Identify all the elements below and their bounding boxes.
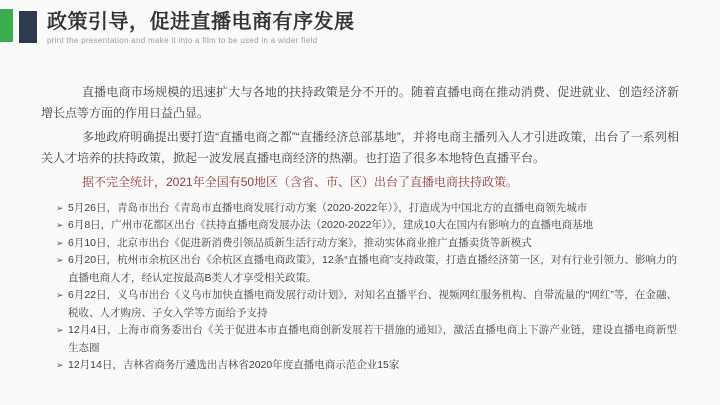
bullet-text: 12月14日，吉林省商务厅遴选出吉林省2020年度直播电商示范企业15家	[68, 359, 399, 371]
list-item: ➢ 6月22日，义乌市出台《义乌市加快直播电商发展行动计划》，对知名直播平台、视…	[57, 287, 677, 322]
arrow-bullet-icon: ➢	[56, 217, 64, 235]
arrow-bullet-icon: ➢	[56, 252, 64, 270]
policy-bullet-list: ➢ 5月26日，青岛市出台《青岛市直播电商发展行动方案（2020-2022年）》…	[57, 200, 677, 375]
arrow-bullet-icon: ➢	[56, 200, 64, 218]
bullet-text: 6月8日，广州市花都区出台《扶持直播电商发展办法（2020-2022年）》，建成…	[68, 219, 593, 231]
bullet-text: 6月20日，杭州市余杭区出台《余杭区直播电商政策》，12条“直播电商”支持政策，…	[68, 254, 677, 284]
bullet-text: 6月10日，北京市出台《促进新消费引领品质新生活行动方案》，推动实体商业推广直播…	[68, 237, 532, 249]
bullet-text: 6月22日，义乌市出台《义乌市加快直播电商发展行动计划》，对知名直播平台、视频网…	[68, 289, 677, 319]
paragraph-statistic-highlight: 据不完全统计，2021年全国有50地区（含省、市、区）出台了直播电商扶持政策。	[41, 172, 679, 193]
header-accent-navy-bar	[19, 11, 37, 43]
arrow-bullet-icon: ➢	[56, 287, 64, 305]
header-accent-green-bar	[0, 9, 13, 42]
slide-subtitle: print the presentation and make it into …	[47, 36, 355, 45]
arrow-bullet-icon: ➢	[56, 357, 64, 375]
paragraph-government-policy: 多地政府明确提出要打造“直播电商之都”“直播经济总部基地”，并将电商主播列入人才…	[41, 127, 679, 168]
bullet-text: 12月4日，上海市商务委出台《关于促进本市直播电商创新发展若干措施的通知》，激活…	[68, 324, 677, 354]
list-item: ➢ 5月26日，青岛市出台《青岛市直播电商发展行动方案（2020-2022年）》…	[57, 200, 677, 218]
list-item: ➢ 6月20日，杭州市余杭区出台《余杭区直播电商政策》，12条“直播电商”支持政…	[57, 252, 677, 287]
list-item: ➢ 6月8日，广州市花都区出台《扶持直播电商发展办法（2020-2022年）》，…	[57, 217, 677, 235]
list-item: ➢ 12月14日，吉林省商务厅遴选出吉林省2020年度直播电商示范企业15家	[57, 357, 677, 375]
bullet-text: 5月26日，青岛市出台《青岛市直播电商发展行动方案（2020-2022年）》，打…	[68, 202, 587, 214]
list-item: ➢ 6月10日，北京市出台《促进新消费引领品质新生活行动方案》，推动实体商业推广…	[57, 235, 677, 253]
arrow-bullet-icon: ➢	[56, 322, 64, 340]
slide-header: 政策引导，促进直播电商有序发展 print the presentation a…	[47, 11, 355, 45]
presentation-slide: 政策引导，促进直播电商有序发展 print the presentation a…	[0, 0, 720, 405]
slide-body: 直播电商市场规模的迅速扩大与各地的扶持政策是分不开的。随着直播电商在推动消费、促…	[41, 82, 679, 375]
slide-title: 政策引导，促进直播电商有序发展	[47, 11, 355, 34]
list-item: ➢ 12月4日，上海市商务委出台《关于促进本市直播电商创新发展若干措施的通知》，…	[57, 322, 677, 357]
arrow-bullet-icon: ➢	[56, 235, 64, 253]
paragraph-market-growth: 直播电商市场规模的迅速扩大与各地的扶持政策是分不开的。随着直播电商在推动消费、促…	[41, 82, 679, 123]
